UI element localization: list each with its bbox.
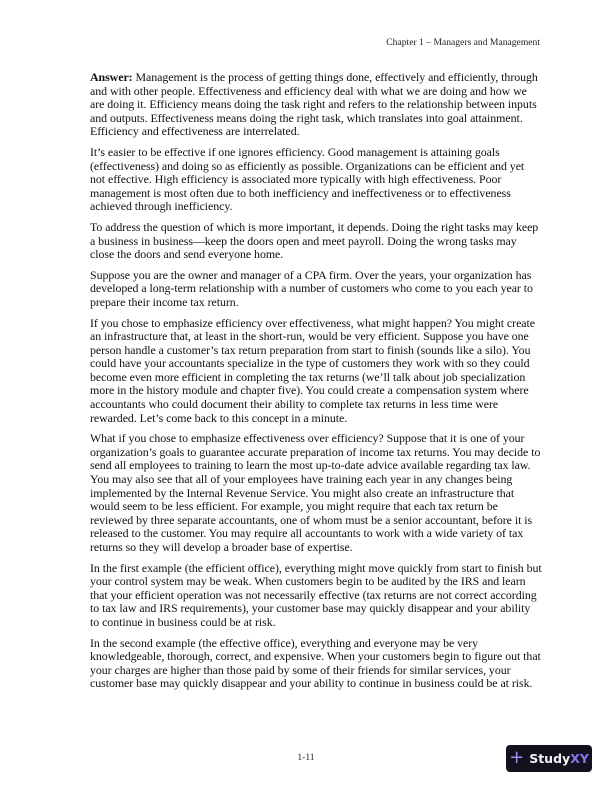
answer-label: Answer: — [90, 70, 133, 84]
paragraph: Suppose you are the owner and manager of… — [90, 269, 542, 310]
paragraph: What if you chose to emphasize effective… — [90, 432, 542, 554]
paragraph: It’s easier to be effective if one ignor… — [90, 146, 542, 214]
paragraph: To address the question of which is more… — [90, 221, 542, 262]
paragraph: If you chose to emphasize efficiency ove… — [90, 317, 542, 426]
answer-text: Management is the process of getting thi… — [90, 70, 538, 138]
paragraph: In the second example (the effective off… — [90, 637, 542, 691]
plus-icon: + — [509, 749, 524, 767]
paragraph: In the first example (the efficient offi… — [90, 562, 542, 630]
studyxy-badge[interactable]: + StudyXY — [506, 745, 592, 772]
running-header: Chapter 1 – Managers and Management — [386, 37, 540, 49]
document-body: Answer: Management is the process of get… — [90, 71, 542, 698]
brand-name: StudyXY — [529, 751, 589, 766]
answer-paragraph: Answer: Management is the process of get… — [90, 71, 542, 139]
